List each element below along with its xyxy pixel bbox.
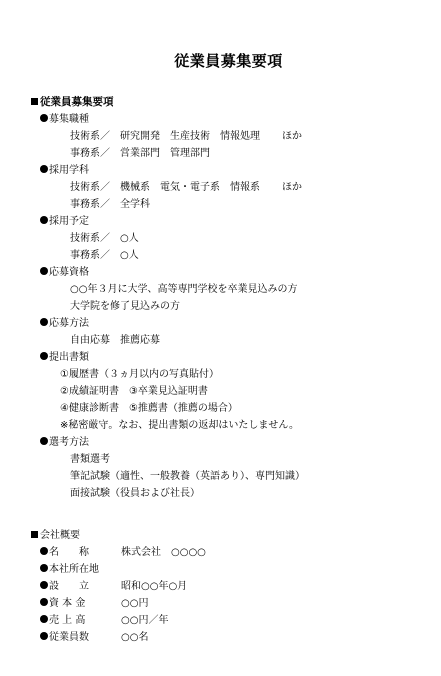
documents-line: ④健康診断書 ⑤推薦書（推薦の場合） <box>31 400 431 417</box>
document-body: 従業員募集要項 募集職種 技術系／研究開発生産技術情報処理ほか 事務系／営業部門… <box>31 94 431 646</box>
item-application-method: 応募方法 <box>31 315 431 332</box>
circle-bullet-icon <box>40 216 48 224</box>
documents-line: ①履歴書（３ヵ月以内の写真貼付） <box>31 366 431 383</box>
item-majors: 採用学科 <box>31 162 431 179</box>
company-row: 設 立昭和○○年○月 <box>31 578 431 595</box>
item-job-types: 募集職種 <box>31 111 431 128</box>
documents-note: ※秘密厳守。なお、提出書類の返却はいたしません。 <box>31 417 431 434</box>
item-documents: 提出書類 <box>31 349 431 366</box>
selection-line: 面接試験（役員および社長） <box>31 485 431 502</box>
application-method-line: 自由応募 推薦応募 <box>31 332 431 349</box>
circle-bullet-icon <box>40 615 48 623</box>
square-bullet-icon <box>31 531 38 538</box>
circle-bullet-icon <box>40 598 48 606</box>
company-row: 資 本 金○○円 <box>31 595 431 612</box>
circle-bullet-icon <box>40 581 48 589</box>
circle-bullet-icon <box>40 632 48 640</box>
selection-line: 筆記試験（適性、一般教養（英語あり）、専門知識） <box>31 468 431 485</box>
majors-row: 技術系／機械系電気・電子系情報系ほか <box>31 179 431 196</box>
circle-bullet-icon <box>40 318 48 326</box>
company-row: 名 称株式会社 ○○○○ <box>31 544 431 561</box>
item-planned-hires: 採用予定 <box>31 213 431 230</box>
planned-hires-row: 事務系／○人 <box>31 247 431 264</box>
section-heading-company: 会社概要 <box>31 527 431 544</box>
circle-bullet-icon <box>40 352 48 360</box>
selection-line: 書類選考 <box>31 451 431 468</box>
documents-line: ②成績証明書 ③卒業見込証明書 <box>31 383 431 400</box>
job-types-row: 事務系／営業部門管理部門 <box>31 145 431 162</box>
circle-bullet-icon <box>40 267 48 275</box>
section-heading-recruitment: 従業員募集要項 <box>31 94 431 111</box>
planned-hires-row: 技術系／○人 <box>31 230 431 247</box>
job-types-row: 技術系／研究開発生産技術情報処理ほか <box>31 128 431 145</box>
circle-bullet-icon <box>40 547 48 555</box>
circle-bullet-icon <box>40 114 48 122</box>
item-eligibility: 応募資格 <box>31 264 431 281</box>
eligibility-line: 大学院を修了見込みの方 <box>31 298 431 315</box>
company-row: 従業員数○○名 <box>31 629 431 646</box>
item-selection: 選考方法 <box>31 434 431 451</box>
majors-row: 事務系／全学科 <box>31 196 431 213</box>
company-row: 売 上 高○○円／年 <box>31 612 431 629</box>
square-bullet-icon <box>31 98 38 105</box>
circle-bullet-icon <box>40 564 48 572</box>
eligibility-line: ○○年３月に大学、高等専門学校を卒業見込みの方 <box>31 281 431 298</box>
company-row: 本社所在地 <box>31 561 431 578</box>
circle-bullet-icon <box>40 165 48 173</box>
circle-bullet-icon <box>40 437 48 445</box>
document-title: 従業員募集要項 <box>0 50 441 71</box>
